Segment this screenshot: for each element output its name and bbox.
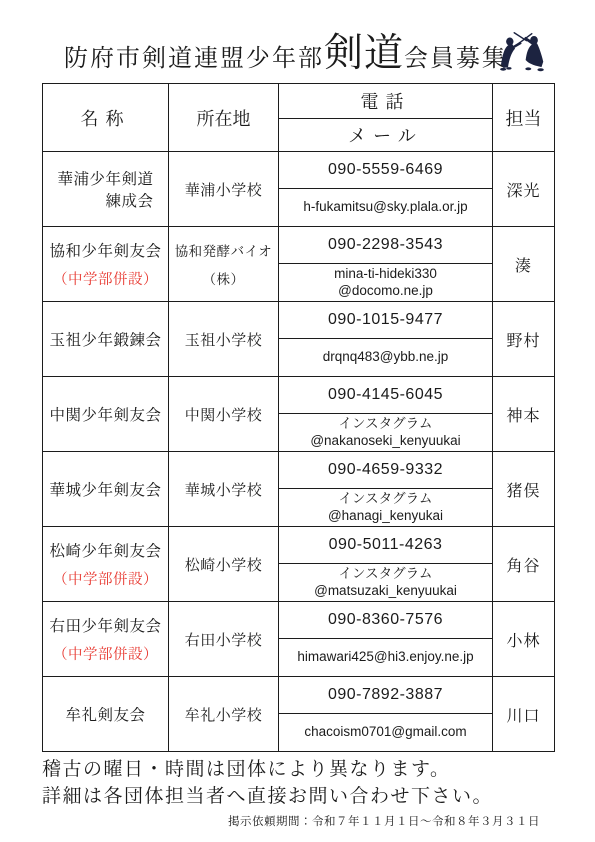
mail-line1: h-fukamitsu@sky.plala.or.jp <box>279 199 492 216</box>
mail-line1: インスタグラム <box>279 491 492 508</box>
mail-cell: h-fukamitsu@sky.plala.or.jp <box>279 189 493 227</box>
footer: 稽古の曜日・時間は団体により異なります。 詳細は各団体担当者へ直接お問い合わせ下… <box>42 757 554 829</box>
header-phone: 電話 <box>279 84 493 119</box>
location-line2: （株） <box>203 268 245 288</box>
mail-line2: @docomo.ne.jp <box>279 283 492 300</box>
mail-cell: インスタグラム@nakanoseki_kenyuukai <box>279 414 493 452</box>
club-name-cell: 松崎少年剣友会 （中学部併設） <box>43 527 169 602</box>
phone-cell: 090-4659-9332 <box>279 452 493 489</box>
location: 華城小学校 <box>185 479 263 500</box>
mail-line1: drqnq483@ybb.ne.jp <box>279 349 492 366</box>
mail-line1: himawari425@hi3.enjoy.ne.jp <box>279 649 492 666</box>
location: 牟礼小学校 <box>185 704 263 725</box>
club-name: 華浦少年剣道 <box>57 167 153 189</box>
mail-cell: drqnq483@ybb.ne.jp <box>279 339 493 377</box>
phone-cell: 090-7892-3887 <box>279 677 493 714</box>
title-big: 剣道 <box>324 34 404 73</box>
location: 松崎小学校 <box>185 554 263 575</box>
location: 中関小学校 <box>185 404 263 425</box>
contact-cell: 湊 <box>493 227 555 302</box>
club-note: （中学部併設） <box>53 268 158 289</box>
title-suffix: 会員募集 <box>404 38 508 73</box>
club-name-cell: 中関少年剣友会 <box>43 377 169 452</box>
footer-line1: 稽古の曜日・時間は団体により異なります。 <box>42 757 554 784</box>
mail-cell: chacoism0701@gmail.com <box>279 714 493 752</box>
club-name: 松崎少年剣友会 <box>49 539 161 561</box>
flyer-page: 防府市剣道連盟少年部剣道会員募集 名称 所在地 電話 担 <box>0 0 554 829</box>
contact-cell: 野村 <box>493 302 555 377</box>
club-name: 華城少年剣友会 <box>49 478 161 500</box>
club-name: 右田少年剣友会 <box>49 614 161 636</box>
phone-cell: 090-4145-6045 <box>279 377 493 414</box>
phone-cell: 090-5559-6469 <box>279 152 493 189</box>
mail-line2: @hanagi_kenyukai <box>279 508 492 525</box>
header-contact: 担当 <box>493 84 555 152</box>
location: 協和発酵バイオ <box>175 240 273 260</box>
title-prefix: 防府市剣道連盟少年部 <box>64 38 324 73</box>
mail-line1: mina-ti-hideki330 <box>279 266 492 283</box>
mail-cell: インスタグラム@hanagi_kenyukai <box>279 489 493 527</box>
clubs-table: 名称 所在地 電話 担当 メール 華浦少年剣道練成会 華浦小学校 090-555… <box>42 83 555 752</box>
location-cell: 華浦小学校 <box>169 152 279 227</box>
club-name-line2: 練成会 <box>57 189 153 211</box>
club-name-cell: 牟礼剣友会 <box>43 677 169 752</box>
contact-cell: 角谷 <box>493 527 555 602</box>
mail-cell: himawari425@hi3.enjoy.ne.jp <box>279 639 493 677</box>
phone-cell: 090-2298-3543 <box>279 227 493 264</box>
club-name: 中関少年剣友会 <box>49 403 161 425</box>
kendo-fighters-icon <box>496 31 550 75</box>
contact-cell: 神本 <box>493 377 555 452</box>
mail-line1: インスタグラム <box>279 416 492 433</box>
header-location: 所在地 <box>169 84 279 152</box>
location-cell: 中関小学校 <box>169 377 279 452</box>
header-mail: メール <box>279 119 493 152</box>
mail-line2: @matsuzaki_kenyuukai <box>279 583 492 600</box>
location: 華浦小学校 <box>185 179 263 200</box>
club-name: 玉祖少年鍛錬会 <box>49 328 161 350</box>
club-note: （中学部併設） <box>53 643 158 664</box>
mail-cell: インスタグラム@matsuzaki_kenyuukai <box>279 564 493 602</box>
phone-cell: 090-8360-7576 <box>279 602 493 639</box>
contact-cell: 猪俣 <box>493 452 555 527</box>
contact-cell: 川口 <box>493 677 555 752</box>
contact-cell: 深光 <box>493 152 555 227</box>
club-name-cell: 協和少年剣友会 （中学部併設） <box>43 227 169 302</box>
club-name: 牟礼剣友会 <box>65 703 145 725</box>
club-name-cell: 華浦少年剣道練成会 <box>43 152 169 227</box>
club-note: （中学部併設） <box>53 568 158 589</box>
club-name-cell: 華城少年剣友会 <box>43 452 169 527</box>
location-cell: 華城小学校 <box>169 452 279 527</box>
page-title: 防府市剣道連盟少年部剣道会員募集 <box>64 34 554 73</box>
mail-line1: インスタグラム <box>279 566 492 583</box>
posting-period-note: 掲示依頼期間：令和７年１１月１日～令和８年３月３１日 <box>42 813 540 829</box>
mail-line1: chacoism0701@gmail.com <box>279 724 492 741</box>
location-cell: 牟礼小学校 <box>169 677 279 752</box>
location: 玉祖小学校 <box>185 329 263 350</box>
location-cell: 協和発酵バイオ （株） <box>169 227 279 302</box>
club-name-cell: 玉祖少年鍛錬会 <box>43 302 169 377</box>
header-name: 名称 <box>43 84 169 152</box>
location-cell: 右田小学校 <box>169 602 279 677</box>
phone-cell: 090-1015-9477 <box>279 302 493 339</box>
contact-cell: 小林 <box>493 602 555 677</box>
mail-cell: mina-ti-hideki330@docomo.ne.jp <box>279 264 493 302</box>
club-name-cell: 右田少年剣友会 （中学部併設） <box>43 602 169 677</box>
footer-line2: 詳細は各団体担当者へ直接お問い合わせ下さい。 <box>42 784 554 811</box>
phone-cell: 090-5011-4263 <box>279 527 493 564</box>
location-cell: 玉祖小学校 <box>169 302 279 377</box>
mail-line2: @nakanoseki_kenyuukai <box>279 433 492 450</box>
club-name: 協和少年剣友会 <box>49 239 161 261</box>
location-cell: 松崎小学校 <box>169 527 279 602</box>
location: 右田小学校 <box>185 629 263 650</box>
